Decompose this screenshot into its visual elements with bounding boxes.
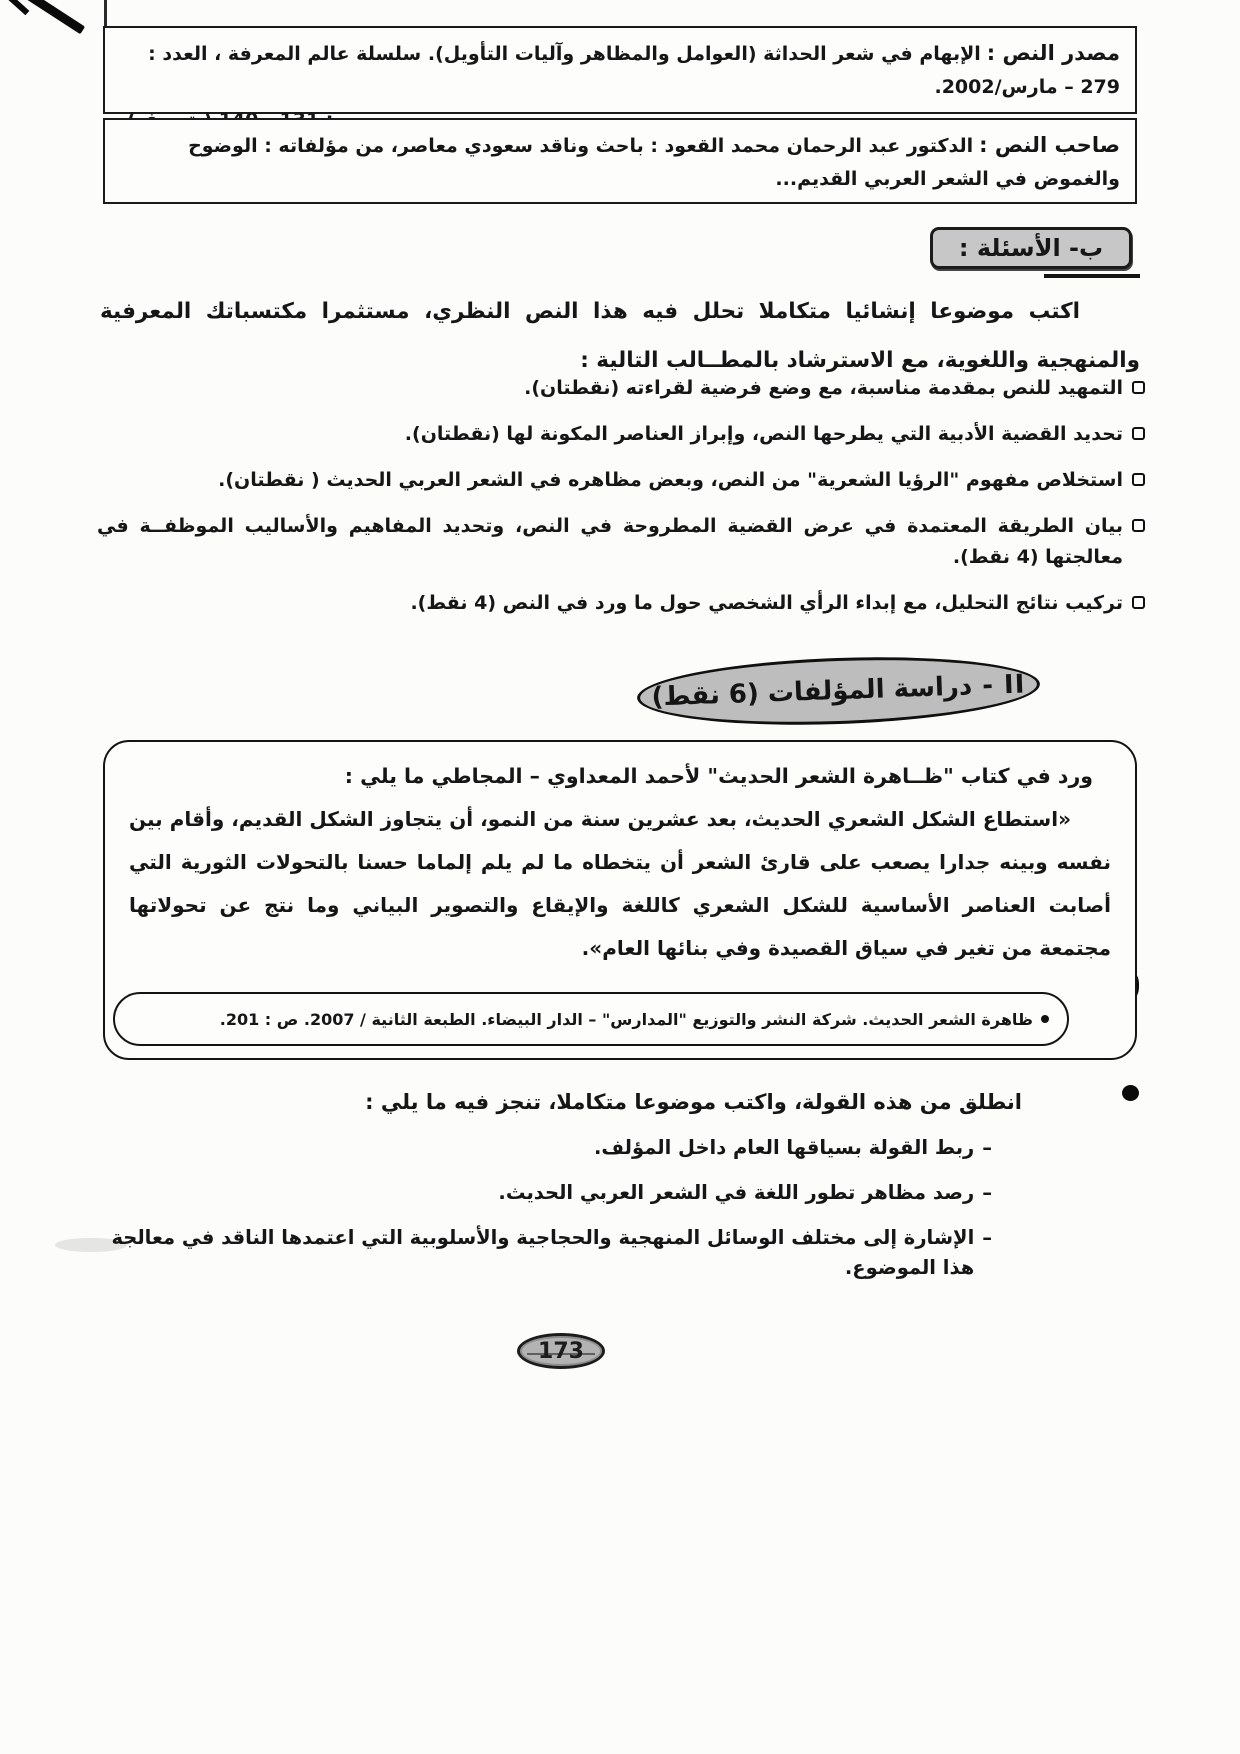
task-text: بيان الطريقة المعتمدة في عرض القضية المط… [97, 511, 1123, 573]
quotation-box: ورد في كتاب "ظــاهرة الشعر الحديث" لأحمد… [103, 740, 1137, 1060]
essay-instruction: اكتب موضوعا إنشائيا متكاملا تحلل فيه هذا… [100, 287, 1140, 385]
task-text: استخلاص مفهوم "الرؤيا الشعرية" من النص، … [218, 465, 1123, 496]
followup-text: ربط القولة بسياقها العام داخل المؤلف. [594, 1133, 974, 1163]
reference-text: ظاهرة الشعر الحديث. شركة النشر والتوزيع … [220, 1010, 1033, 1029]
task-text: تركيب نتائج التحليل، مع إبداء الرأي الشخ… [410, 588, 1123, 619]
text-source-label: مصدر النص : [987, 41, 1120, 65]
square-bullet-icon [1132, 473, 1145, 486]
square-bullet-icon [1132, 381, 1145, 394]
task-item: تركيب نتائج التحليل، مع إبداء الرأي الشخ… [97, 588, 1145, 619]
task-list: التمهيد للنص بمقدمة مناسبة، مع وضع فرضية… [97, 373, 1145, 634]
text-source-value: الإبهام في شعر الحداثة (العوامل والمظاهر… [148, 43, 1120, 98]
questions-header-badge: ب- الأسئلة : [930, 227, 1132, 269]
task-item: التمهيد للنص بمقدمة مناسبة، مع وضع فرضية… [97, 373, 1145, 404]
page-number-badge: 173 [517, 1333, 605, 1369]
task-text: التمهيد للنص بمقدمة مناسبة، مع وضع فرضية… [524, 373, 1123, 404]
task-item: استخلاص مفهوم "الرؤيا الشعرية" من النص، … [97, 465, 1145, 496]
questions-header-label: ب- الأسئلة : [959, 234, 1103, 262]
dash-icon: – [982, 1223, 992, 1253]
text-author-label: صاحب النص : [979, 133, 1120, 157]
followup-item: – ربط القولة بسياقها العام داخل المؤلف. [85, 1133, 992, 1163]
followup-instruction: انطلق من هذه القولة، واكتب موضوعا متكامل… [365, 1085, 1022, 1119]
quotation-text: «استطاع الشكل الشعري الحديث، بعد عشرين س… [129, 798, 1111, 970]
scan-artifact-mark [1122, 1085, 1139, 1101]
scan-artifact-mark [527, 1353, 595, 1355]
dash-icon: – [982, 1133, 992, 1163]
square-bullet-icon [1132, 596, 1145, 609]
followup-item: – رصد مظاهر تطور اللغة في الشعر العربي ا… [85, 1178, 992, 1208]
quotation-intro: ورد في كتاب "ظــاهرة الشعر الحديث" لأحمد… [129, 758, 1111, 794]
section2-header-badge: II - دراسة المؤلفات (6 نقط) [636, 651, 1041, 731]
followup-item: – الإشارة إلى مختلف الوسائل المنهجية وال… [85, 1223, 992, 1283]
section2-header-label: II - دراسة المؤلفات (6 نقط) [651, 669, 1026, 712]
followup-list: – ربط القولة بسياقها العام داخل المؤلف. … [85, 1133, 992, 1298]
square-bullet-icon [1132, 519, 1145, 532]
followup-text: الإشارة إلى مختلف الوسائل المنهجية والحج… [85, 1223, 974, 1283]
header-underline-rule [1044, 274, 1140, 278]
page-number: 173 [538, 1339, 584, 1364]
task-item: تحديد القضية الأدبية التي يطرحها النص، و… [97, 419, 1145, 450]
task-text: تحديد القضية الأدبية التي يطرحها النص، و… [405, 419, 1123, 450]
dot-bullet-icon [1041, 1015, 1049, 1023]
scan-artifact-mark [25, 0, 85, 34]
scan-artifact-mark [0, 0, 29, 15]
task-item: بيان الطريقة المعتمدة في عرض القضية المط… [97, 511, 1145, 573]
scan-artifact-mark [104, 0, 107, 28]
reference-pill: ظاهرة الشعر الحديث. شركة النشر والتوزيع … [113, 992, 1069, 1046]
text-source-line: مصدر النص :الإبهام في شعر الحداثة (العوا… [120, 37, 1120, 104]
text-source-box: مصدر النص :الإبهام في شعر الحداثة (العوا… [103, 26, 1137, 114]
dash-icon: – [982, 1178, 992, 1208]
followup-text: رصد مظاهر تطور اللغة في الشعر العربي الح… [498, 1178, 974, 1208]
scanned-exam-page: مصدر النص :الإبهام في شعر الحداثة (العوا… [0, 0, 1240, 1754]
square-bullet-icon [1132, 427, 1145, 440]
text-author-box: صاحب النص :الدكتور عبد الرحمان محمد القع… [103, 118, 1137, 204]
